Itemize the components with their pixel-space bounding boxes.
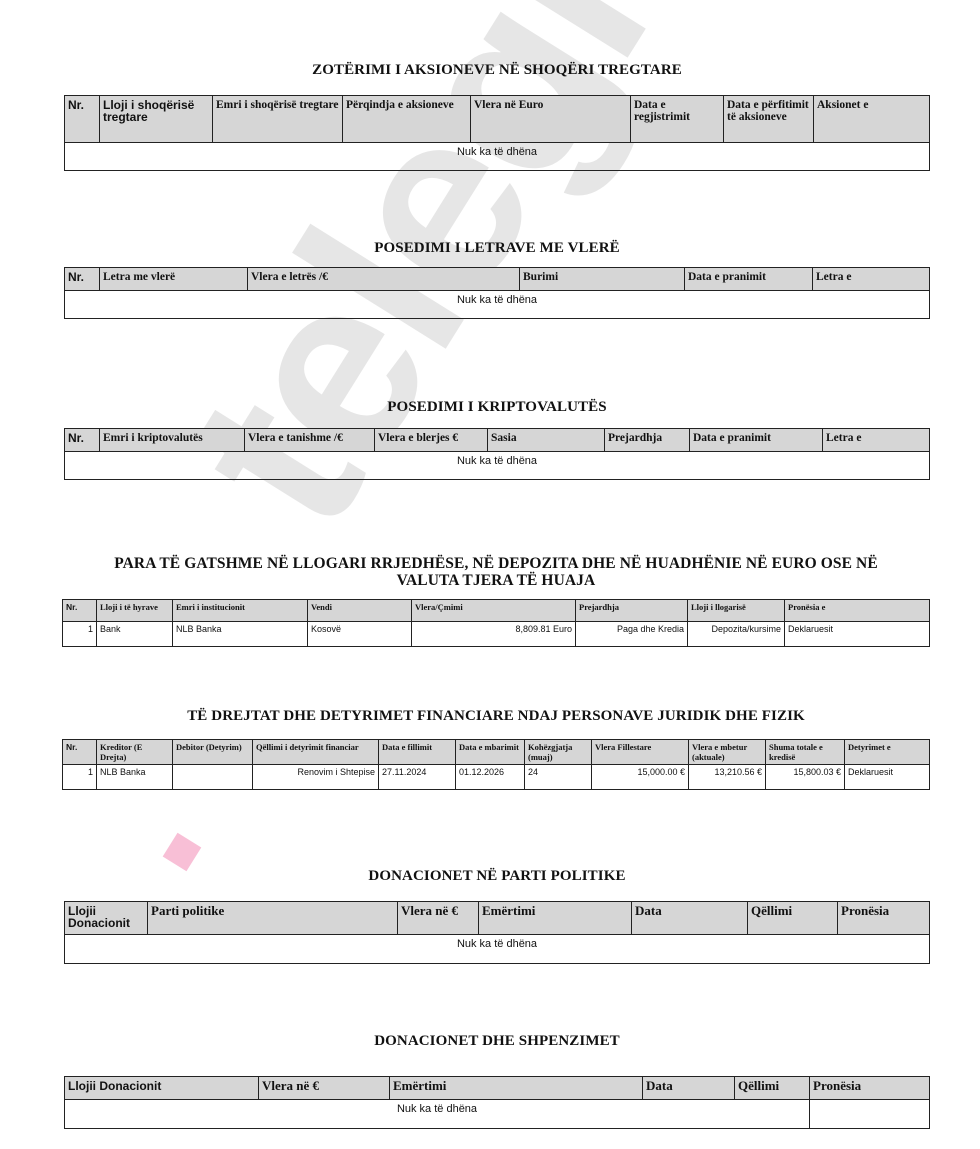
cell-value: 8,809.81 Euro — [412, 622, 576, 647]
column-header: Vlera në € — [259, 1077, 390, 1100]
cell-initial-value: 15,000.00 € — [592, 765, 689, 790]
column-header: Letra e — [823, 429, 930, 452]
column-header: Përqindja e aksioneve — [343, 96, 471, 143]
table-row: 1 Bank NLB Banka Kosovë 8,809.81 Euro Pa… — [63, 622, 930, 647]
section-title: DONACIONET NË PARTI POLITIKE — [64, 868, 930, 885]
column-header: Nr. — [65, 429, 100, 452]
column-header: Data e regjistrimit — [631, 96, 724, 143]
empty-message: Nuk ka të dhëna — [65, 1100, 810, 1129]
section-cash: PARA TË GATSHME NË LLOGARI RRJEDHËSE, NË… — [62, 555, 930, 647]
column-header: Data — [643, 1077, 735, 1100]
cell-nr: 1 — [63, 622, 97, 647]
crypto-table: Nr. Emri i kriptovalutës Vlera e tanishm… — [64, 428, 930, 480]
section-crypto: POSEDIMI I KRIPTOVALUTËS Nr. Emri i krip… — [64, 399, 930, 480]
column-header: Data e pranimit — [685, 268, 813, 291]
column-header: Letra me vlerë — [100, 268, 248, 291]
cash-table: Nr. Lloji i të hyrave Emri i institucion… — [62, 599, 930, 647]
section-shares: ZOTËRIMI I AKSIONEVE NË SHOQËRI TREGTARE… — [64, 62, 930, 171]
cell-creditor: NLB Banka — [97, 765, 173, 790]
table-header-row: Llojii Donacionit Vlera në € Emërtimi Da… — [65, 1077, 930, 1100]
column-header: Nr. — [65, 268, 100, 291]
column-header: Lloji i të hyrave — [97, 600, 173, 622]
column-header: Data e mbarimit — [456, 740, 525, 765]
column-header: Lloji i shoqërisë tregtare — [100, 96, 213, 143]
cell-remaining-value: 13,210.56 € — [689, 765, 766, 790]
column-header: Pronësia — [838, 902, 930, 935]
column-header: Nr. — [65, 96, 100, 143]
cell-origin: Paga dhe Kredia — [576, 622, 688, 647]
section-title: ZOTËRIMI I AKSIONEVE NË SHOQËRI TREGTARE — [64, 62, 930, 79]
table-row: 1 NLB Banka Renovim i Shtepise 27.11.202… — [63, 765, 930, 790]
column-header: Sasia — [488, 429, 605, 452]
cell-nr: 1 — [63, 765, 97, 790]
column-header: Debitor (Detyrim) — [173, 740, 253, 765]
cell-obligations: Deklaruesit — [845, 765, 930, 790]
column-header: Qëllimi i detyrimit financiar — [253, 740, 379, 765]
column-header: Llojii Donacionit — [65, 1077, 259, 1100]
table-row: Nuk ka të dhëna — [65, 935, 930, 964]
section-liabilities: TË DREJTAT DHE DETYRIMET FINANCIARE NDAJ… — [62, 708, 930, 790]
table-header-row: Nr. Emri i kriptovalutës Vlera e tanishm… — [65, 429, 930, 452]
section-title: POSEDIMI I LETRAVE ME VLERË — [64, 240, 930, 257]
table-header-row: Nr. Kreditor (E Drejta) Debitor (Detyrim… — [63, 740, 930, 765]
section-donations: DONACIONET DHE SHPENZIMET Llojii Donacio… — [64, 1033, 930, 1129]
column-header: Qëllimi — [735, 1077, 810, 1100]
column-header: Burimi — [520, 268, 685, 291]
column-header: Shuma totale e kredisë — [766, 740, 845, 765]
empty-message: Nuk ka të dhëna — [65, 143, 930, 171]
watermark-dot — [163, 833, 202, 872]
column-header: Prejardhja — [576, 600, 688, 622]
table-row: Nuk ka të dhëna — [65, 452, 930, 480]
cell-duration: 24 — [525, 765, 592, 790]
column-header: Kohëzgjatja (muaj) — [525, 740, 592, 765]
party-donations-table: Llojii Donacionit Parti politike Vlera n… — [64, 901, 930, 964]
column-header: Vlera në € — [398, 902, 479, 935]
section-party-donations: DONACIONET NË PARTI POLITIKE Llojii Dona… — [64, 868, 930, 964]
empty-message: Nuk ka të dhëna — [65, 935, 930, 964]
column-header: Emri i institucionit — [173, 600, 308, 622]
cell-account-type: Depozita/kursime — [688, 622, 785, 647]
column-header: Qëllimi — [748, 902, 838, 935]
table-header-row: Nr. Lloji i të hyrave Emri i institucion… — [63, 600, 930, 622]
column-header: Nr. — [63, 600, 97, 622]
column-header: Nr. — [63, 740, 97, 765]
column-header: Vlera e mbetur (aktuale) — [689, 740, 766, 765]
column-header: Emri i kriptovalutës — [100, 429, 245, 452]
table-header-row: Llojii Donacionit Parti politike Vlera n… — [65, 902, 930, 935]
cell-country: Kosovë — [308, 622, 412, 647]
column-header: Emërtimi — [390, 1077, 643, 1100]
shares-table: Nr. Lloji i shoqërisë tregtare Emri i sh… — [64, 95, 930, 171]
column-header: Detyrimet e — [845, 740, 930, 765]
column-header: Letra e — [813, 268, 930, 291]
cell-purpose: Renovim i Shtepise — [253, 765, 379, 790]
cell-end-date: 01.12.2026 — [456, 765, 525, 790]
table-row: Nuk ka të dhëna — [65, 1100, 930, 1129]
cell-income-type: Bank — [97, 622, 173, 647]
table-row: Nuk ka të dhëna — [65, 291, 930, 319]
column-header: Vlera e tanishme /€ — [245, 429, 375, 452]
column-header: Vlera/Çmimi — [412, 600, 576, 622]
column-header: Llojii Donacionit — [65, 902, 148, 935]
empty-message: Nuk ka të dhëna — [65, 291, 930, 319]
column-header: Kreditor (E Drejta) — [97, 740, 173, 765]
column-header: Aksionet e — [814, 96, 930, 143]
column-header: Data — [632, 902, 748, 935]
cell-institution: NLB Banka — [173, 622, 308, 647]
column-header: Emërtimi — [479, 902, 632, 935]
column-header: Vlera e letrës /€ — [248, 268, 520, 291]
section-title: TË DREJTAT DHE DETYRIMET FINANCIARE NDAJ… — [62, 708, 930, 725]
empty-message: Nuk ka të dhëna — [65, 452, 930, 480]
section-title: PARA TË GATSHME NË LLOGARI RRJEDHËSE, NË… — [82, 555, 910, 589]
column-header: Vlera e blerjes € — [375, 429, 488, 452]
cell-ownership: Deklaruesit — [785, 622, 930, 647]
liabilities-table: Nr. Kreditor (E Drejta) Debitor (Detyrim… — [62, 739, 930, 790]
column-header: Pronësia e — [785, 600, 930, 622]
section-title: POSEDIMI I KRIPTOVALUTËS — [64, 399, 930, 416]
cell-debtor — [173, 765, 253, 790]
column-header: Pronësia — [810, 1077, 930, 1100]
table-row: Nuk ka të dhëna — [65, 143, 930, 171]
column-header: Data e përfitimit të aksioneve — [724, 96, 814, 143]
column-header: Data e fillimit — [379, 740, 456, 765]
column-header: Prejardhja — [605, 429, 690, 452]
cell-total-credit: 15,800.03 € — [766, 765, 845, 790]
cell-start-date: 27.11.2024 — [379, 765, 456, 790]
table-header-row: Nr. Lloji i shoqërisë tregtare Emri i sh… — [65, 96, 930, 143]
column-header: Data e pranimit — [690, 429, 823, 452]
column-header: Vendi — [308, 600, 412, 622]
section-securities: POSEDIMI I LETRAVE ME VLERË Nr. Letra me… — [64, 240, 930, 319]
donations-table: Llojii Donacionit Vlera në € Emërtimi Da… — [64, 1076, 930, 1129]
securities-table: Nr. Letra me vlerë Vlera e letrës /€ Bur… — [64, 267, 930, 319]
column-header: Vlera Fillestare — [592, 740, 689, 765]
column-header: Lloji i llogarisë — [688, 600, 785, 622]
cell-empty — [810, 1100, 930, 1129]
table-header-row: Nr. Letra me vlerë Vlera e letrës /€ Bur… — [65, 268, 930, 291]
section-title: DONACIONET DHE SHPENZIMET — [64, 1033, 930, 1050]
column-header: Vlera në Euro — [471, 96, 631, 143]
column-header: Parti politike — [148, 902, 398, 935]
column-header: Emri i shoqërisë tregtare — [213, 96, 343, 143]
